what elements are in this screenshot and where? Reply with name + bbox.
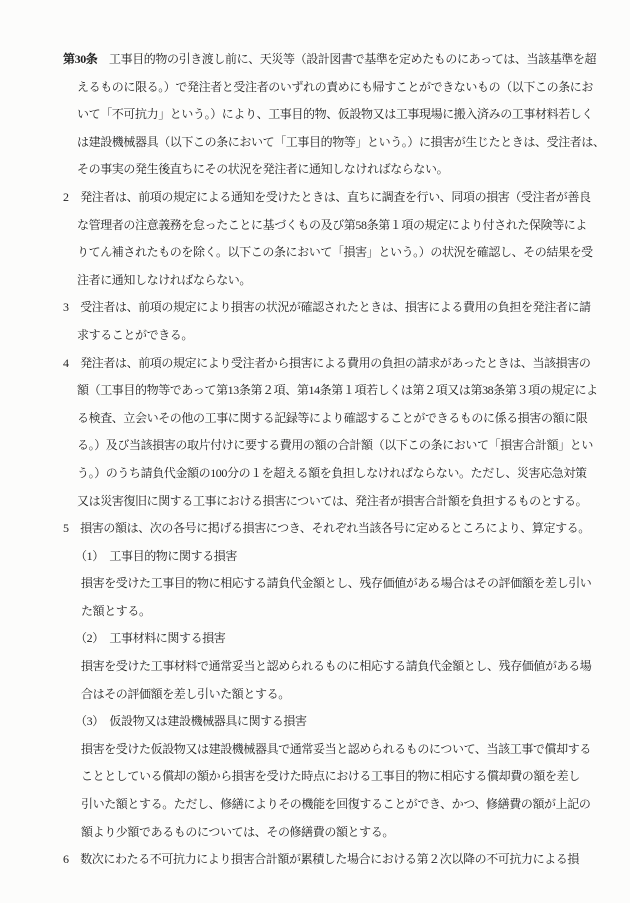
text-line: りてん補されたものを除く。以下この条において「損害」という。）の状況を確認し、そ… bbox=[77, 239, 575, 267]
text-line: 求することができる。 bbox=[77, 322, 575, 350]
text-line: 5 損害の額は、次の各号に掲げる損害につき、それぞれ当該各号に定めるところにより… bbox=[63, 515, 575, 543]
text-line: 引いた額とする。ただし、修繕によりその機能を回復することができ、かつ、修繕費の額… bbox=[81, 791, 575, 819]
text-line: その事実の発生後直ちにその状況を発注者に通知しなければならない。 bbox=[77, 156, 575, 184]
article-number: 第30条 bbox=[63, 52, 97, 66]
text-line: 額（工事目的物等であって第13条第２項、第14条第１項若しくは第２項又は第38条… bbox=[77, 377, 575, 405]
text-line: 4 発注者は、前項の規定により受注者から損害による費用の負担の請求があったときは… bbox=[63, 350, 575, 378]
article-heading-line: 第30条 工事目的物の引き渡し前に、天災等（設計図書で基準を定めたものにあっては… bbox=[63, 46, 575, 74]
text-line: 損害を受けた工事目的物に相応する請負代金額とし、残存価値がある場合はその評価額を… bbox=[81, 570, 575, 598]
text-line: こととしている償却の額から損害を受けた時点における工事目的物に相応する償却費の額… bbox=[81, 763, 575, 791]
text-line: る。）及び当該損害の取片付けに要する費用の額の合計額（以下この条において「損害合… bbox=[77, 432, 575, 460]
text-line: （3） 仮設物又は建設機械器具に関する損害 bbox=[75, 708, 575, 736]
text-line: 又は災害復旧に関する工事における損害については、発注者が損害合計額を負担するもの… bbox=[77, 488, 575, 516]
text-line: る検査、立会いその他の工事に関する記録等により確認することができるものに係る損害… bbox=[77, 405, 575, 433]
text-line: （1） 工事目的物に関する損害 bbox=[75, 543, 575, 571]
text-line: 2 発注者は、前項の規定による通知を受けたときは、直ちに調査を行い、同項の損害（… bbox=[63, 184, 575, 212]
text-line: 損害を受けた工事材料で通常妥当と認められるものに相応する請負代金額とし、残存価値… bbox=[81, 653, 575, 681]
text-line: 注者に通知しなければならない。 bbox=[77, 267, 575, 295]
text-line: 合はその評価額を差し引いた額とする。 bbox=[81, 681, 575, 709]
text-line: 損害を受けた仮設物又は建設機械器具で通常妥当と認められるものについて、当該工事で… bbox=[81, 736, 575, 764]
text-line: う。）のうち請負代金額の100分の１を超える額を負担しなければならない。ただし、… bbox=[77, 460, 575, 488]
article-text: 第30条 工事目的物の引き渡し前に、天災等（設計図書で基準を定めたものにあっては… bbox=[63, 46, 575, 874]
text-line: は建設機械器具（以下この条において「工事目的物等」という。）に損害が生じたときは… bbox=[77, 129, 575, 157]
document-page: 第30条 工事目的物の引き渡し前に、天災等（設計図書で基準を定めたものにあっては… bbox=[0, 0, 630, 903]
text-line: （2） 工事材料に関する損害 bbox=[75, 625, 575, 653]
text-line: 額より少額であるものについては、その修繕費の額とする。 bbox=[81, 819, 575, 847]
text-line: 6 数次にわたる不可抗力により損害合計額が累積した場合における第２次以降の不可抗… bbox=[63, 846, 575, 874]
text-line: な管理者の注意義務を怠ったことに基づくもの及び第58条第１項の規定により付された… bbox=[77, 212, 575, 240]
text-line: えるものに限る。）で発注者と受注者のいずれの責めにも帰すことができないもの（以下… bbox=[77, 74, 575, 102]
text-line: 3 受注者は、前項の規定により損害の状況が確認されたときは、損害による費用の負担… bbox=[63, 294, 575, 322]
text-line: た額とする。 bbox=[81, 598, 575, 626]
text-line: いて「不可抗力」という。）により、工事目的物、仮設物又は工事現場に搬入済みの工事… bbox=[77, 101, 575, 129]
